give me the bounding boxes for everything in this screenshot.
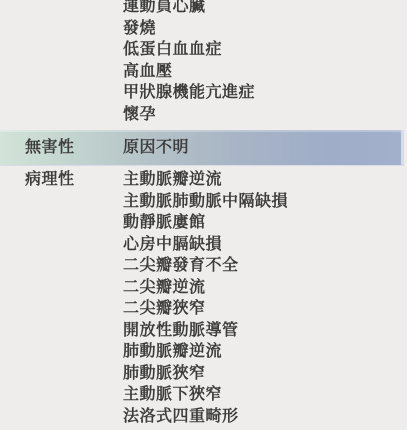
table-cell: 心房中膈缺損 [123, 234, 288, 256]
highlighted-row: 無害性 原因不明 [0, 130, 404, 165]
table-cell: 甲狀腺機能亢進症 [123, 82, 255, 104]
table-cell: 懷孕 [123, 104, 255, 126]
table-cell: 動靜脈廔館 [123, 212, 288, 234]
table-cell: 主動脈肺動脈中隔缺損 [123, 191, 288, 213]
table-cell: 主動脈瓣逆流 [123, 169, 288, 191]
table-cell: 運動員心臟 [123, 0, 255, 18]
table-cell: 發燒 [123, 18, 255, 40]
table-cell: 高血壓 [123, 61, 255, 83]
section-bottom-items: 主動脈瓣逆流 主動脈肺動脈中隔缺損 動靜脈廔館 心房中膈缺損 二尖瓣發育不全 二… [123, 169, 288, 427]
table-cell: 開放性動脈導管 [123, 320, 288, 342]
table-cell: 二尖瓣發育不全 [123, 255, 288, 277]
table-cell: 肺動脈瓣逆流 [123, 341, 288, 363]
category-label-pathological: 病理性 [25, 169, 75, 191]
section-top-items: 運動員心臟 發燒 低蛋白血血症 高血壓 甲狀腺機能亢進症 懷孕 [123, 0, 255, 125]
table-cell: 主動脈下狹窄 [123, 384, 288, 406]
category-label-innocent: 無害性 [25, 130, 75, 165]
table-cell: 法洛式四重畸形 [123, 406, 288, 428]
table-cell: 低蛋白血血症 [123, 39, 255, 61]
table-cell: 二尖瓣狹窄 [123, 298, 288, 320]
table-fragment: 運動員心臟 發燒 低蛋白血血症 高血壓 甲狀腺機能亢進症 懷孕 無害性 原因不明… [0, 0, 407, 430]
table-cell: 肺動脈狹窄 [123, 363, 288, 385]
table-cell: 二尖瓣逆流 [123, 277, 288, 299]
table-cell: 原因不明 [123, 130, 189, 165]
